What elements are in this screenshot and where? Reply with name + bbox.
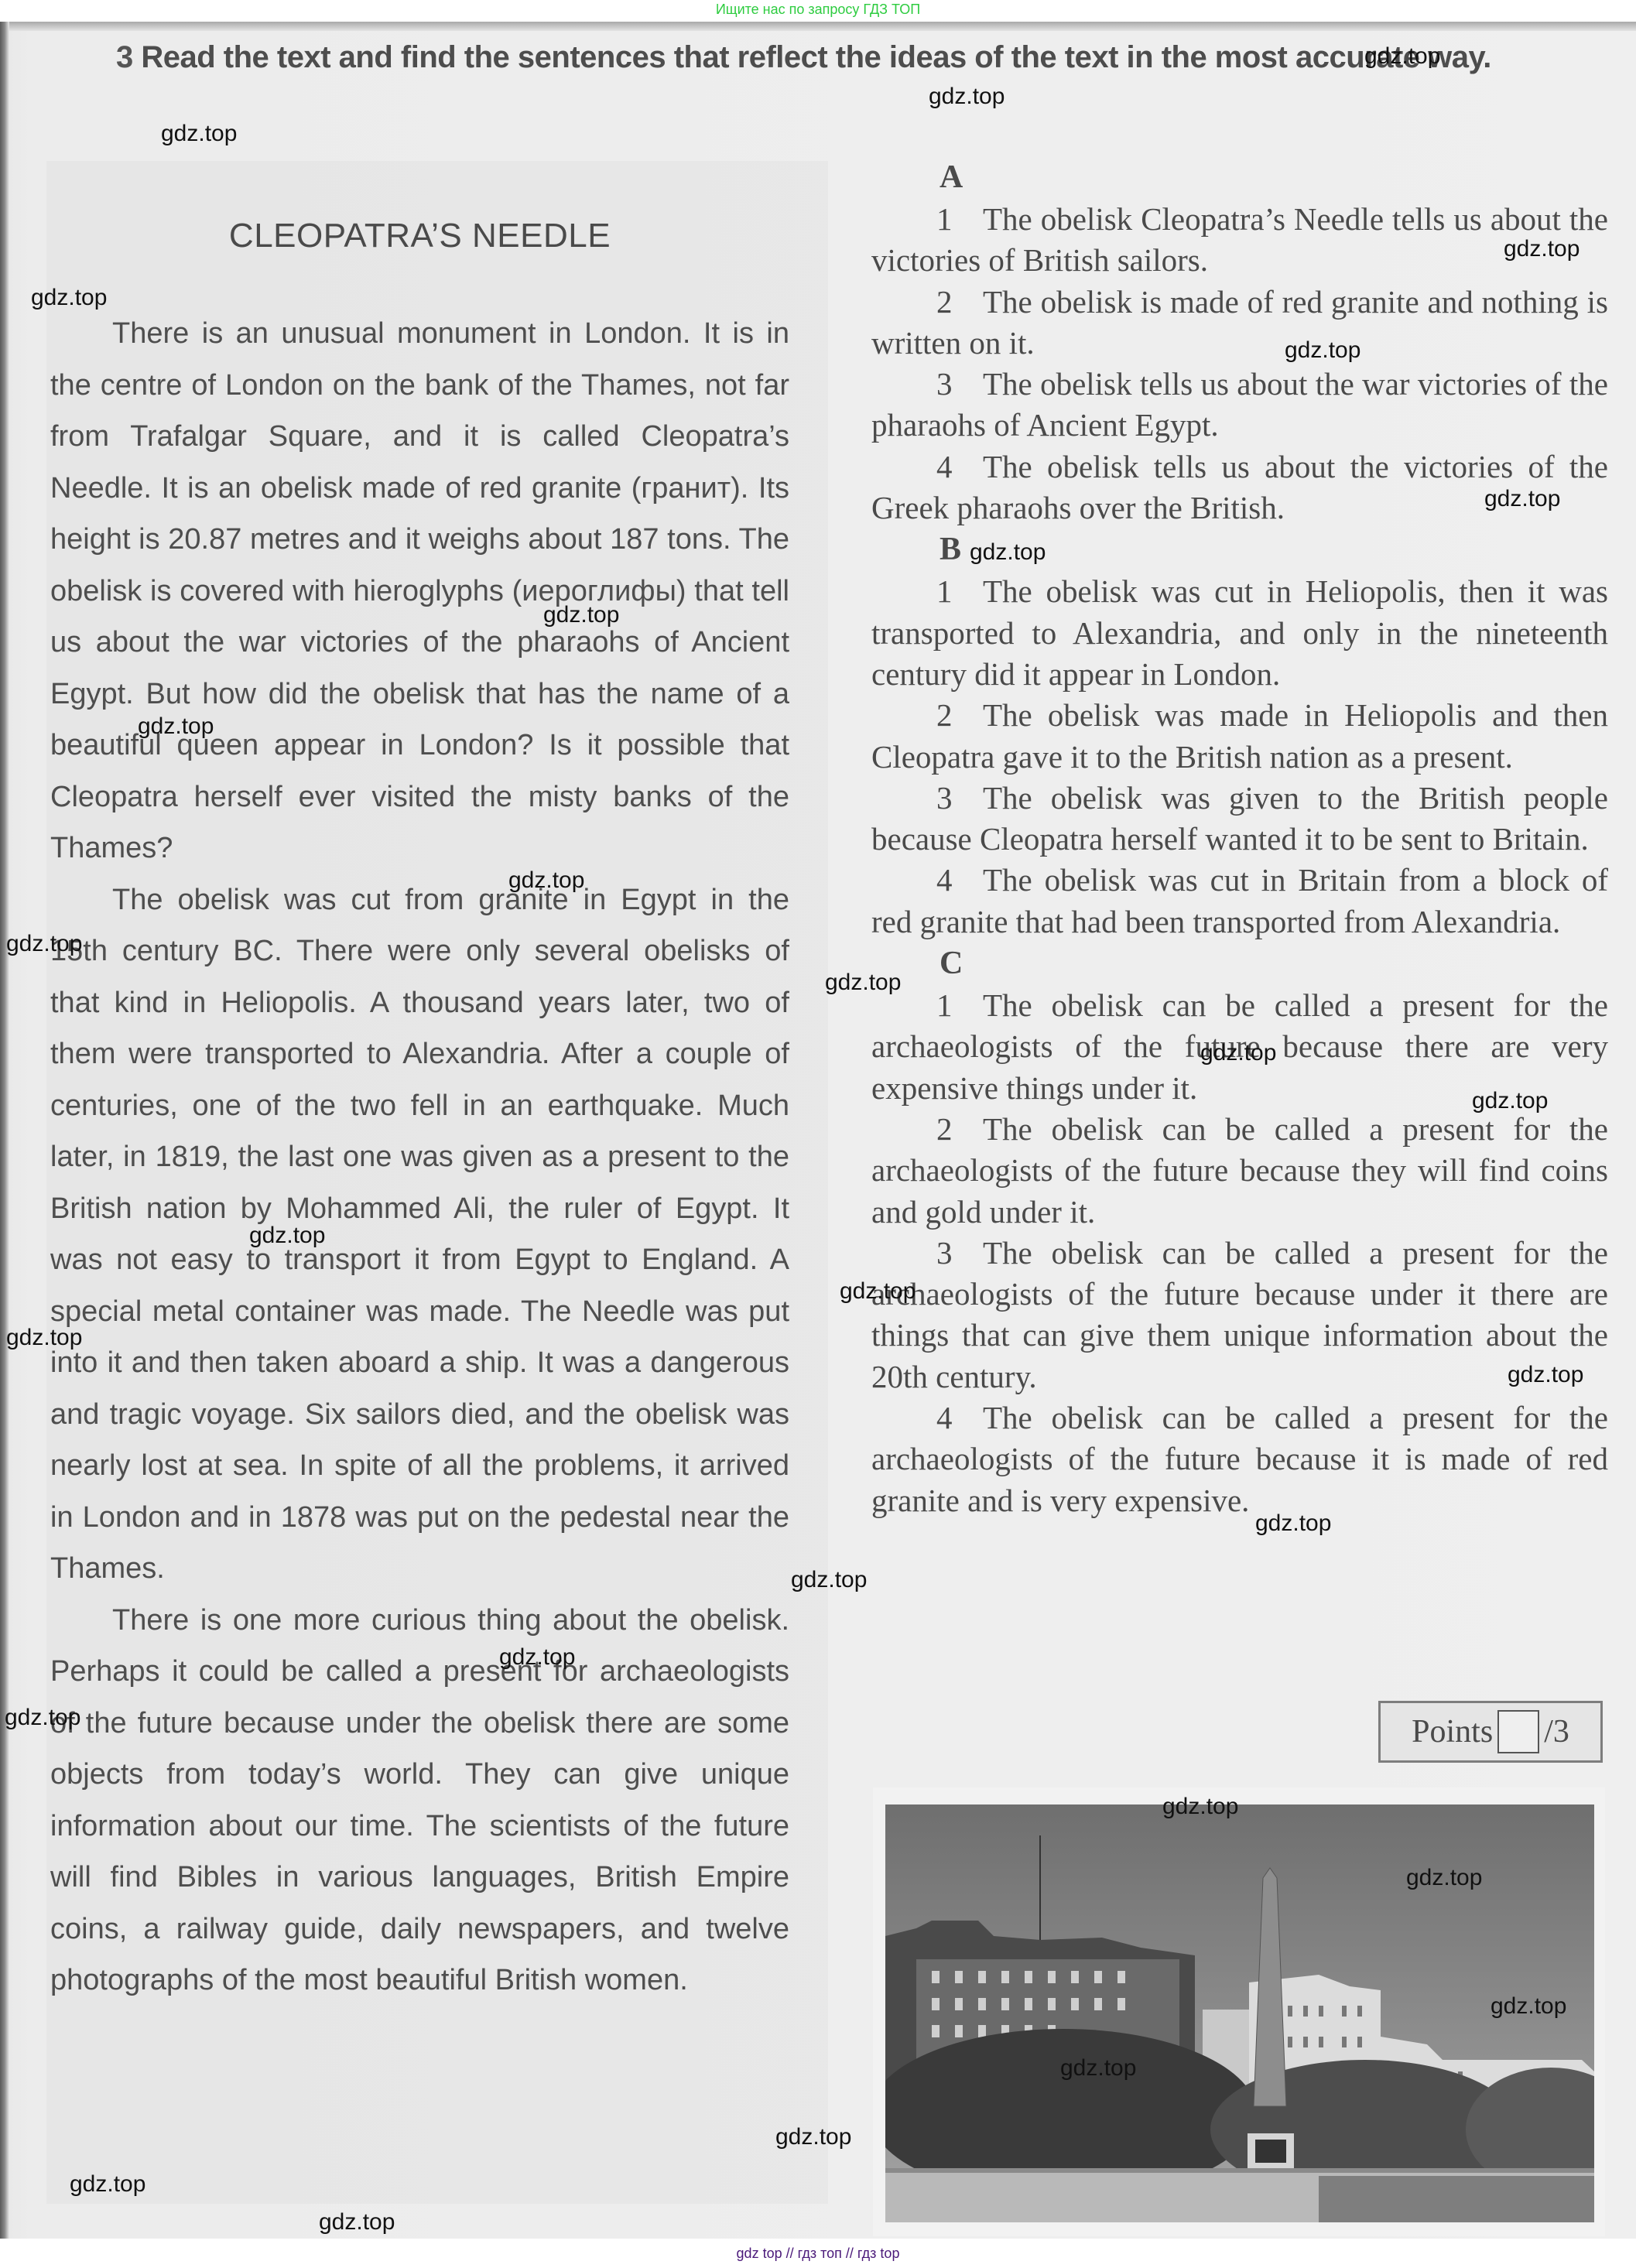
footer[interactable]: gdz top // гдз топ // гдз top [0, 2239, 1636, 2268]
section-a: A 1The obelisk Cleopatra’s Needle tells … [871, 156, 1608, 529]
section-c: C 1The obelisk can be called a present f… [871, 942, 1608, 1521]
watermark: gdz.top [791, 1567, 867, 1593]
option-number: 4 [936, 446, 983, 487]
watermark: gdz.top [161, 121, 237, 147]
option-number: 3 [936, 364, 983, 405]
watermark: gdz.top [1491, 1993, 1566, 2020]
watermark: gdz.top [249, 1223, 325, 1249]
watermark: gdz.top [70, 2171, 145, 2198]
watermark: gdz.top [31, 285, 107, 311]
section-letter: C [871, 942, 1608, 985]
obelisk-photo-illustration [885, 1804, 1594, 2222]
watermark: gdz.top [1508, 1362, 1583, 1388]
points-max: /3 [1544, 1713, 1569, 1750]
article-body: There is an unusual monument in London. … [50, 308, 789, 2006]
watermark: gdz.top [1162, 1794, 1238, 1820]
footer-text[interactable]: gdz top // гдз топ // гдз top [737, 2246, 900, 2261]
article-paragraph: There is one more curious thing about th… [50, 1595, 789, 2006]
option-c3[interactable]: 3The obelisk can be called a present for… [871, 1233, 1608, 1397]
banner-text[interactable]: Ищите нас по запросу ГДЗ ТОП [716, 2, 920, 17]
watermark: gdz.top [825, 970, 901, 996]
option-b4[interactable]: 4The obelisk was cut in Britain from a b… [871, 860, 1608, 942]
watermark: gdz.top [1255, 1510, 1331, 1537]
watermark: gdz.top [1060, 2055, 1136, 2082]
watermark: gdz.top [543, 602, 619, 628]
article-title: CLEOPATRA’S NEEDLE [50, 217, 789, 255]
option-number: 1 [936, 985, 983, 1026]
section-b: B 1The obelisk was cut in Heliopolis, th… [871, 529, 1608, 942]
option-number: 2 [936, 1109, 983, 1150]
watermark: gdz.top [508, 867, 584, 894]
option-b3[interactable]: 3The obelisk was given to the British pe… [871, 778, 1608, 860]
option-number: 4 [936, 1397, 983, 1438]
points-label: Points [1412, 1713, 1493, 1750]
watermark: gdz.top [6, 1325, 82, 1351]
option-c4[interactable]: 4The obelisk can be called a present for… [871, 1397, 1608, 1521]
points-box: Points /3 [1378, 1701, 1603, 1763]
watermark: gdz.top [5, 1705, 80, 1731]
option-number: 4 [936, 860, 983, 901]
option-number: 1 [936, 199, 983, 240]
option-b2[interactable]: 2The obelisk was made in Heliopolis and … [871, 695, 1608, 778]
page-top-edge [9, 22, 1636, 31]
top-banner[interactable]: Ищите нас по запросу ГДЗ ТОП [0, 0, 1636, 22]
watermark: gdz.top [970, 539, 1046, 566]
watermark: gdz.top [929, 84, 1005, 110]
option-number: 2 [936, 282, 983, 323]
option-a3[interactable]: 3The obelisk tells us about the war vict… [871, 364, 1608, 446]
watermark: gdz.top [1200, 1040, 1276, 1066]
section-letter: A [871, 156, 1608, 199]
article-paragraph: The obelisk was cut from granite in Egyp… [50, 874, 789, 1595]
watermark: gdz.top [1364, 43, 1440, 70]
watermark: gdz.top [1484, 486, 1560, 512]
option-a2[interactable]: 2The obelisk is made of red granite and … [871, 282, 1608, 364]
watermark: gdz.top [775, 2124, 851, 2150]
points-input-box[interactable] [1497, 1710, 1539, 1753]
option-b1[interactable]: 1The obelisk was cut in Heliopolis, then… [871, 571, 1608, 695]
option-c2[interactable]: 2The obelisk can be called a present for… [871, 1109, 1608, 1233]
watermark: gdz.top [6, 931, 82, 957]
obelisk-photo [885, 1804, 1594, 2222]
watermark: gdz.top [1406, 1865, 1482, 1891]
option-number: 3 [936, 1233, 983, 1274]
watermark: gdz.top [499, 1644, 575, 1671]
watermark: gdz.top [138, 713, 214, 740]
option-number: 2 [936, 695, 983, 736]
task-instruction: Read the text and find the sentences tha… [141, 40, 1491, 74]
watermark: gdz.top [1285, 337, 1360, 364]
option-number: 3 [936, 778, 983, 819]
task-heading: 3 Read the text and find the sentences t… [116, 36, 1548, 79]
watermark: gdz.top [840, 1278, 916, 1305]
watermark: gdz.top [1504, 236, 1580, 262]
answer-options: A 1The obelisk Cleopatra’s Needle tells … [871, 156, 1608, 1521]
task-number: 3 [116, 40, 133, 74]
watermark: gdz.top [319, 2209, 395, 2236]
watermark: gdz.top [1472, 1088, 1548, 1114]
article-paragraph: There is an unusual monument in London. … [50, 308, 789, 874]
option-number: 1 [936, 571, 983, 612]
option-a1[interactable]: 1The obelisk Cleopatra’s Needle tells us… [871, 199, 1608, 282]
